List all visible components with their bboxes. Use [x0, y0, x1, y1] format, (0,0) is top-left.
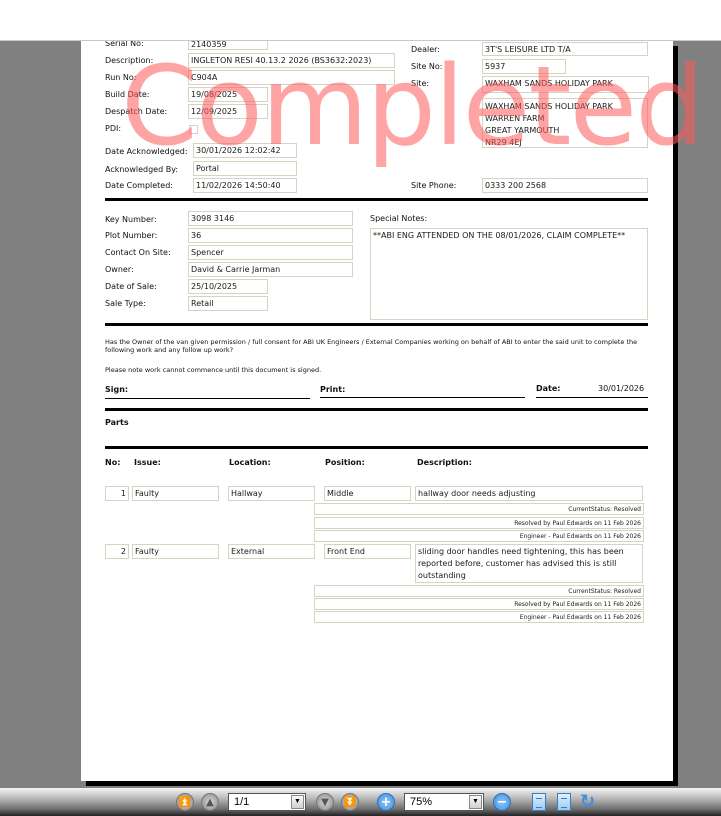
first-page-icon[interactable]: ⏫ [176, 793, 194, 811]
parts-title: Parts [105, 418, 129, 427]
page-number-value: 1/1 [234, 796, 249, 808]
part-1-resolved: Resolved by Paul Edwards on 11 Feb 2026 [314, 517, 644, 529]
address-line-1: WAXHAM SANDS HOLIDAY PARK [485, 101, 645, 113]
acknowledged-by-field: Portal [193, 161, 297, 176]
site-phone-label: Site Phone: [411, 181, 456, 190]
date-of-sale-label: Date of Sale: [105, 282, 157, 291]
part-1-no: 1 [105, 486, 129, 501]
acknowledged-by-label: Acknowledged By: [105, 165, 178, 174]
part-1-position: Middle [324, 486, 411, 501]
description-label: Description: [105, 56, 153, 65]
run-label: Run No: [105, 73, 136, 82]
site-no-field: 5937 [482, 59, 566, 74]
date-acknowledged-field: 30/01/2026 12:02:42 [193, 143, 297, 158]
part-2-location: External [228, 544, 315, 559]
special-notes-label: Special Notes: [370, 214, 427, 223]
page-dropdown-icon[interactable]: ▼ [291, 795, 304, 809]
part-2-position: Front End [324, 544, 411, 559]
key-number-field: 3098 3146 [188, 211, 353, 226]
date-label: Date: [536, 384, 561, 393]
consent-note: Please note work cannot commence until t… [105, 366, 321, 374]
header-location: Location: [229, 458, 271, 467]
part-1-description: hallway door needs adjusting [415, 486, 643, 501]
document-viewer[interactable]: Serial No: 2140359 Description: INGLETON… [0, 40, 721, 789]
site-field: WAXHAM SANDS HOLIDAY PARK [482, 76, 649, 93]
sign-line[interactable] [105, 398, 310, 399]
header-position: Position: [325, 458, 365, 467]
part-1-location: Hallway [228, 486, 315, 501]
owner-label: Owner: [105, 265, 134, 274]
dealer-label: Dealer: [411, 45, 440, 54]
top-blank-area [0, 0, 721, 40]
plot-number-label: Plot Number: [105, 231, 157, 240]
print-label: Print: [320, 385, 345, 394]
site-phone-field: 0333 200 2568 [482, 178, 648, 193]
contact-field: Spencer [188, 245, 353, 260]
header-issue: Issue: [134, 458, 161, 467]
header-description: Description: [417, 458, 472, 467]
zoom-in-icon[interactable]: + [377, 793, 395, 811]
report-page: Serial No: 2140359 Description: INGLETON… [81, 41, 673, 781]
section-divider [105, 408, 648, 411]
next-page-icon[interactable]: ▼ [316, 793, 334, 811]
special-notes-field: **ABI ENG ATTENDED ON THE 08/01/2026, CL… [370, 228, 648, 320]
part-2-issue: Faulty [132, 544, 219, 559]
serial-field: 2140359 [188, 40, 268, 50]
despatch-date-field: 12/09/2025 [188, 104, 268, 119]
sign-label: Sign: [105, 385, 128, 394]
section-divider [105, 198, 648, 201]
zoom-dropdown-icon[interactable]: ▼ [469, 795, 482, 809]
print-line[interactable] [320, 397, 525, 398]
part-2-resolved: Resolved by Paul Edwards on 11 Feb 2026 [314, 598, 644, 610]
site-address-field: WAXHAM SANDS HOLIDAY PARK WARREN FARM GR… [482, 98, 648, 148]
previous-page-icon[interactable]: ▲ [201, 793, 219, 811]
address-line-3: GREAT YARMOUTH [485, 125, 645, 137]
pdi-label: PDI: [105, 124, 121, 133]
date-line [536, 397, 648, 398]
site-no-label: Site No: [411, 62, 442, 71]
site-label: Site: [411, 79, 429, 88]
contact-label: Contact On Site: [105, 248, 171, 257]
header-no: No: [105, 458, 120, 467]
section-divider [105, 446, 648, 449]
rotate-icon[interactable]: ↻ [580, 791, 595, 812]
date-of-sale-field: 25/10/2025 [188, 279, 268, 294]
owner-field: David & Carrie Jarman [188, 262, 353, 277]
last-page-icon[interactable]: ⏬ [341, 793, 359, 811]
consent-date: 30/01/2026 [598, 384, 644, 393]
sale-type-label: Sale Type: [105, 299, 146, 308]
run-field: C904A [188, 70, 395, 85]
address-line-2: WARREN FARM [485, 113, 645, 125]
fit-width-icon[interactable] [532, 793, 546, 811]
part-1-status: CurrentStatus: Resolved [314, 503, 644, 515]
date-acknowledged-label: Date Acknowledged: [105, 147, 188, 156]
serial-label: Serial No: [105, 40, 144, 48]
pdf-toolbar: ⏫ ▲ 1/1 ▼ ▼ ⏬ + 75% ▼ − ↻ [0, 788, 721, 816]
part-2-engineer: Engineer - Paul Edwards on 11 Feb 2026 [314, 611, 644, 623]
despatch-date-label: Despatch Date: [105, 107, 167, 116]
zoom-value: 75% [410, 796, 432, 808]
date-completed-field: 11/02/2026 14:50:40 [193, 178, 297, 193]
part-1-engineer: Engineer - Paul Edwards on 11 Feb 2026 [314, 530, 644, 542]
plot-number-field: 36 [188, 228, 353, 243]
date-completed-label: Date Completed: [105, 181, 173, 190]
zoom-select[interactable]: 75% ▼ [404, 793, 484, 811]
dealer-field: 3T'S LEISURE LTD T/A [482, 42, 648, 56]
sale-type-field: Retail [188, 296, 268, 311]
part-2-description: sliding door handles need tightening, th… [415, 544, 643, 583]
build-date-label: Build Date: [105, 90, 149, 99]
fit-page-icon[interactable] [557, 793, 571, 811]
part-1-issue: Faulty [132, 486, 219, 501]
page-number-select[interactable]: 1/1 ▼ [228, 793, 306, 811]
description-field: INGLETON RESI 40.13.2 2026 (BS3632:2023) [188, 53, 395, 68]
key-number-label: Key Number: [105, 215, 157, 224]
section-divider [105, 323, 648, 326]
part-2-no: 2 [105, 544, 129, 559]
pdi-checkbox[interactable] [189, 125, 198, 134]
zoom-out-icon[interactable]: − [493, 793, 511, 811]
build-date-field: 19/08/2025 [188, 87, 268, 102]
address-line-4: NR29 4EJ [485, 137, 645, 148]
consent-question: Has the Owner of the van given permissio… [105, 338, 645, 354]
part-2-status: CurrentStatus: Resolved [314, 585, 644, 597]
